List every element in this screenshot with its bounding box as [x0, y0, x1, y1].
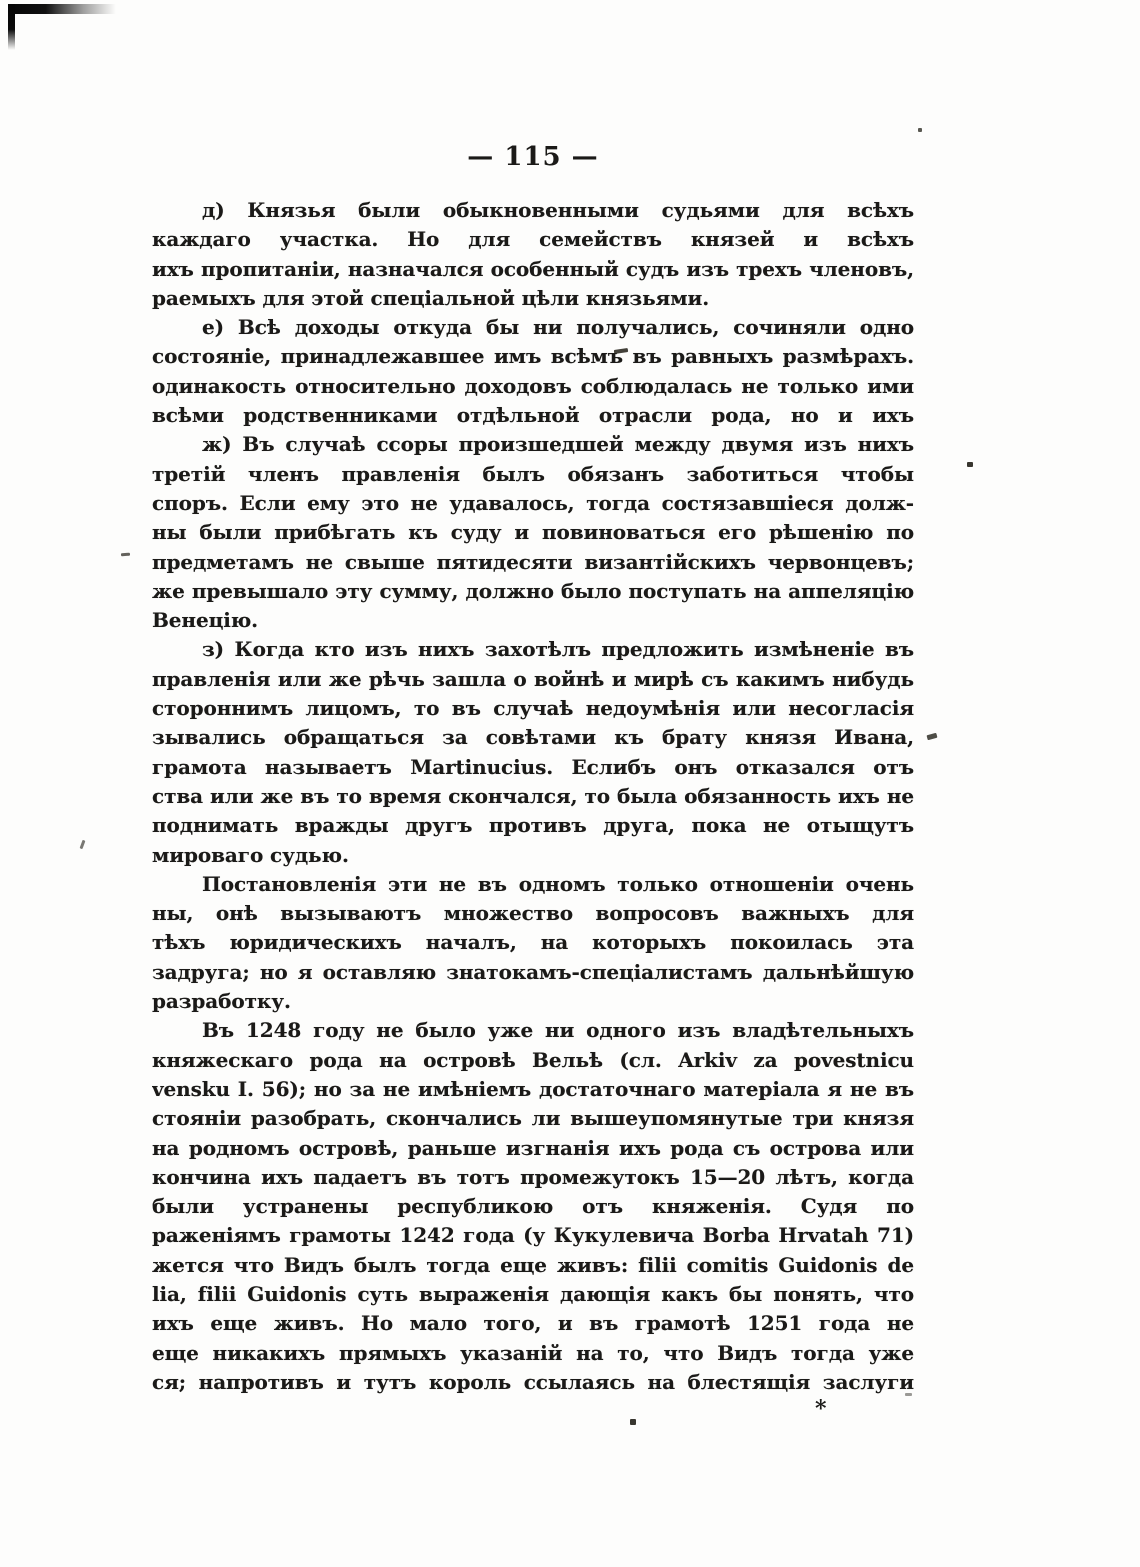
- text-line: грамота называетъ Martinucius. Еслибъ он…: [152, 753, 914, 782]
- text-line: жется что Видъ былъ тогда еще живъ: fili…: [152, 1251, 914, 1280]
- text-line: з) Когда кто изъ нихъ захотѣлъ предложит…: [152, 635, 914, 664]
- text-line: ства или же въ то время скончался, то бы…: [152, 782, 914, 811]
- text-line: были устранены республикою отъ княженія.…: [152, 1192, 914, 1221]
- text-line: тѣхъ юридическихъ началъ, на которыхъ по…: [152, 928, 914, 957]
- text-line: Постановленія эти не въ одномъ только от…: [152, 870, 914, 899]
- text-line: vensku I. 56); но за не имѣніемъ достато…: [152, 1075, 914, 1104]
- text-line: д) Князья были обыкновенными судьями для…: [152, 196, 914, 225]
- text-line: ны, онѣ вызываютъ множество вопросовъ ва…: [152, 899, 914, 928]
- scan-speck: [121, 553, 130, 557]
- text-line: ны были прибѣгать къ суду и повиноваться…: [152, 518, 914, 547]
- text-line: одинакость относительно доходовъ соблюда…: [152, 372, 914, 401]
- text-line: ихъ еще живъ. Но мало того, и въ грамотѣ…: [152, 1309, 914, 1338]
- page-number: — 115 —: [152, 142, 914, 172]
- text-line: споръ. Если ему это не удавалось, тогда …: [152, 489, 914, 518]
- text-line: правленія или же рѣчь зашла о войнѣ и ми…: [152, 665, 914, 694]
- scan-speck: [967, 462, 973, 467]
- text-line: lia, filii Guidonis суть выраженія дающі…: [152, 1280, 914, 1309]
- text-line: поднимать вражды другъ противъ друга, по…: [152, 811, 914, 840]
- scan-speck: [630, 1419, 636, 1425]
- text-line: задруга; но я оставляю знатокамъ-спеціал…: [152, 958, 914, 987]
- asterisk-mark: *: [815, 1396, 827, 1422]
- text-line: же превышало эту сумму, должно было пост…: [152, 577, 914, 606]
- scan-speck: [80, 840, 86, 849]
- text-line: ихъ пропитаніи, назначался особенный суд…: [152, 255, 914, 284]
- text-line: каждаго участка. Но для семействъ князей…: [152, 225, 914, 254]
- text-line: предметамъ не свыше пятидесяти византійс…: [152, 548, 914, 577]
- text-line: на родномъ островѣ, раньше изгнанія ихъ …: [152, 1134, 914, 1163]
- text-line: раженіямъ грамоты 1242 года (у Кукулевич…: [152, 1221, 914, 1250]
- text-line: е) Всѣ доходы откуда бы ни получались, с…: [152, 313, 914, 342]
- text-line: стороннимъ лицомъ, то въ случаѣ недоумѣн…: [152, 694, 914, 723]
- text-line: кончина ихъ падаетъ въ тотъ промежутокъ …: [152, 1163, 914, 1192]
- text-line: Въ 1248 году не было уже ни одного изъ в…: [152, 1016, 914, 1045]
- text-line: княжескаго рода на островѣ Вельѣ (сл. Ar…: [152, 1046, 914, 1075]
- text-line: состояніе, принадлежавшее имъ всѣмъ въ р…: [152, 342, 914, 371]
- scan-speck: [905, 1393, 912, 1396]
- text-line: мироваго судью.: [152, 841, 914, 870]
- text-line: третій членъ правленія былъ обязанъ забо…: [152, 460, 914, 489]
- text-line: ся; напротивъ и тутъ король ссылаясь на …: [152, 1368, 914, 1397]
- scan-corner-artifact-vertical: [8, 4, 15, 50]
- page-text: д) Князья были обыкновенными судьями для…: [152, 196, 914, 1397]
- text-line: раемыхъ для этой спеціальной цѣли князья…: [152, 284, 914, 313]
- text-line: разработку.: [152, 987, 914, 1016]
- scanned-page: — 115 — д) Князья были обыкновенными суд…: [0, 0, 1140, 1567]
- scan-corner-artifact: [8, 4, 116, 14]
- text-line: всѣми родственниками отдѣльной отрасли р…: [152, 401, 914, 430]
- text-line: ж) Въ случаѣ ссоры произшедшей между дву…: [152, 430, 914, 459]
- scan-speck: [927, 733, 938, 740]
- text-line: стояніи разобрать, скончались ли вышеупо…: [152, 1104, 914, 1133]
- scan-speck: [918, 128, 922, 132]
- text-line: Венецію.: [152, 606, 914, 635]
- text-line: еще никакихъ прямыхъ указаній на то, что…: [152, 1339, 914, 1368]
- text-line: зывались обращаться за совѣтами къ брату…: [152, 723, 914, 752]
